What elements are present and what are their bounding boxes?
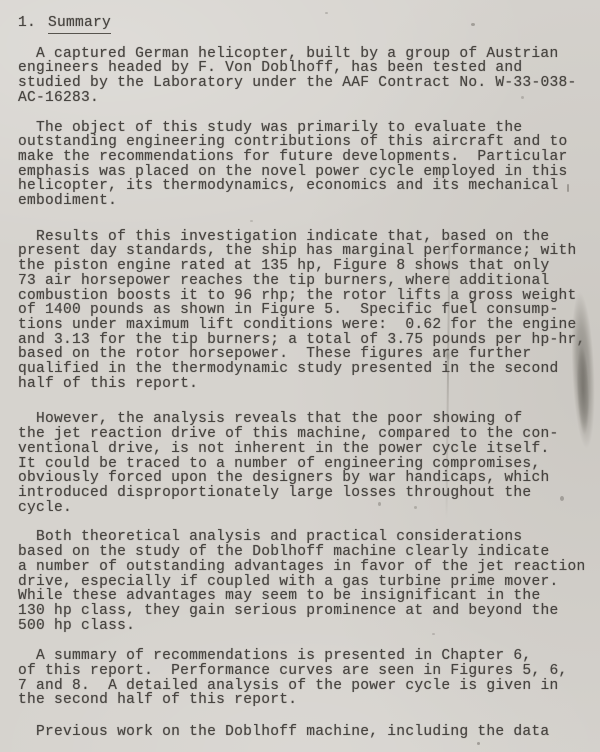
- paragraph-previous-work: Previous work on the Doblhoff machine, i…: [18, 725, 600, 740]
- paper-speck: [250, 220, 253, 222]
- paragraph-analysis: However, the analysis reveals that the p…: [18, 412, 600, 515]
- paragraph-advantages: Both theoretical analysis and practical …: [18, 530, 600, 633]
- section-heading: 1. Summary: [18, 16, 600, 34]
- paragraph-results: Results of this investigation indicate t…: [18, 230, 600, 392]
- paragraph-objective: The object of this study was primarily t…: [18, 121, 600, 209]
- scanned-document-page: 1. Summary A captured German helicopter,…: [0, 0, 600, 752]
- section-number: 1.: [18, 16, 36, 31]
- paragraph-recommendations: A summary of recommendations is presente…: [18, 649, 600, 708]
- paper-speck: [325, 12, 328, 14]
- paper-speck: [477, 742, 480, 745]
- paragraph-intro: A captured German helicopter, built by a…: [18, 47, 600, 106]
- section-title: Summary: [48, 16, 111, 34]
